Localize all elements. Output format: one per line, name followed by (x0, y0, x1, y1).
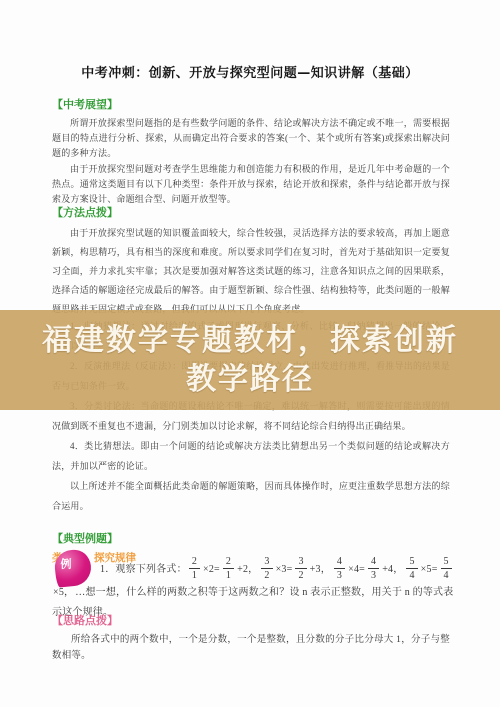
fraction: 43 (334, 555, 345, 582)
fraction: 21 (189, 555, 200, 582)
equation: 43×4=43+4， (332, 564, 405, 575)
fraction: 43 (368, 555, 379, 582)
method-item-4: 4．类比猜想法。即由一个问题的结论或解决方法类比猜想出另一个类似问题的结论或解决… (52, 436, 450, 476)
overlay-headline-line1: 福建数学专题教材，探索创新 (42, 321, 458, 360)
section-zhongkao-zhanwang: 【中考展望】 所谓开放探索型问题指的是有些数学问题的条件、结论或解决方法不确定或… (52, 96, 450, 208)
fraction: 32 (295, 555, 306, 582)
overlay-headline-line2: 教学路径 (186, 360, 314, 399)
section-header-zhanwang: 【中考展望】 (52, 96, 450, 112)
zhanwang-paragraph-2: 由于开放探究型问题对考查学生思维能力和创造能力有积极的作用，是近几年中考命题的一… (52, 162, 450, 207)
fraction: 21 (223, 555, 234, 582)
page-title: 中考冲刺：创新、开放与探究型问题—知识讲解（基础） (0, 62, 500, 81)
fraction: 32 (261, 555, 272, 582)
example-badge-label: 例 (61, 556, 72, 572)
fraction: 54 (441, 555, 452, 582)
section-header-fangfa: 【方法点拨】 (52, 204, 450, 220)
promo-overlay-banner: 福建数学专题教材，探索创新 教学路径 (0, 310, 500, 410)
document-page: 中考冲刺：创新、开放与探究型问题—知识讲解（基础） 【中考展望】 所谓开放探索型… (0, 0, 500, 707)
section-header-silu: 【思路点拨】 (52, 612, 450, 628)
section-header-dianxing: 【典型例题】 (52, 530, 450, 546)
problem-prefix: 1．观察下列各式： (100, 564, 187, 575)
fraction: 54 (406, 555, 417, 582)
fangfa-closing-paragraph: 以上所述并不能全面概括此类命题的解题策略，因而具体操作时，应更注重数学思想方法的… (52, 476, 450, 516)
section-silu-dianbo: 【思路点拨】 所给各式中的两个数中，一个是分数，一个是整数，且分数的分子比分母大… (52, 612, 450, 664)
zhanwang-paragraph-1: 所谓开放探索型问题指的是有些数学问题的条件、结论或解决方法不确定或不唯一，需要根… (52, 116, 450, 161)
fangfa-paragraph: 由于开放探究型试题的知识覆盖面较大，综合性较强，灵活选择方法的要求较高，再加上题… (52, 224, 450, 319)
equation: 21×2=21+2， (187, 564, 260, 575)
section-fangfa-dianbo: 【方法点拨】 由于开放探究型试题的知识覆盖面较大，综合性较强，灵活选择方法的要求… (52, 204, 450, 319)
equation: 32×3=32+3， (259, 564, 332, 575)
silu-text: 所给各式中的两个数中，一个是分数，一个是整数，且分数的分子比分母大 1，分子与整… (52, 632, 450, 664)
